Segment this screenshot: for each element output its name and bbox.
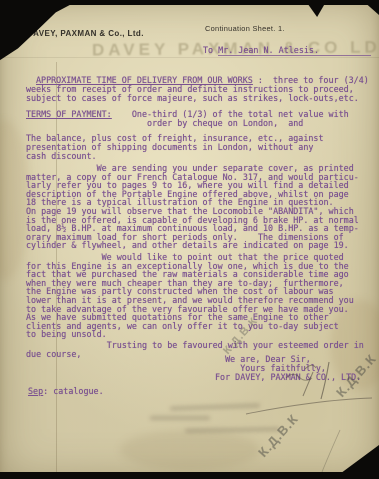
- to-prefix: To: [203, 45, 218, 55]
- recipient-line: To Mr. Jean N. Atlesis.: [203, 45, 371, 56]
- paragraph-catalogue: We are sending you under separate cover,…: [26, 164, 374, 250]
- scanned-letter-page: DAVEY PAXMAN & CO LD DAVEY, PAXMAN & Co.…: [0, 0, 379, 479]
- paragraph-delivery-time: APPROXIMATE TIME OF DELIVERY FROM OUR WO…: [26, 76, 372, 104]
- bleed-through-mark: [185, 427, 280, 433]
- bleed-through-mark: [170, 403, 260, 410]
- paragraph-terms-of-payment: TERMS OF PAYMENT: One-third (1/3) of the…: [26, 110, 372, 128]
- paragraph-price: We would like to point out that the pric…: [26, 253, 374, 339]
- scan-edge-bottom: [0, 472, 379, 479]
- letterhead-company-name: DAVEY, PAXMAN & Co., Ltd.: [27, 29, 144, 38]
- enclosure-text: : catalogue.: [43, 386, 104, 396]
- recipient-name: Mr. Jean N. Atlesis.: [218, 45, 371, 56]
- scan-edge-notch: [305, 0, 327, 17]
- enclosure-note: Sep: catalogue.: [28, 387, 104, 396]
- enclosure-label: Sep: [28, 386, 43, 396]
- paragraph-balance: The balance, plus cost of freight, insur…: [26, 134, 372, 162]
- bleed-through-mark: [150, 416, 210, 420]
- continuation-sheet-label: Continuation Sheet. 1.: [205, 24, 285, 33]
- paper-stain: [120, 430, 260, 470]
- archive-watermark: К.Д.В.К: [255, 411, 301, 460]
